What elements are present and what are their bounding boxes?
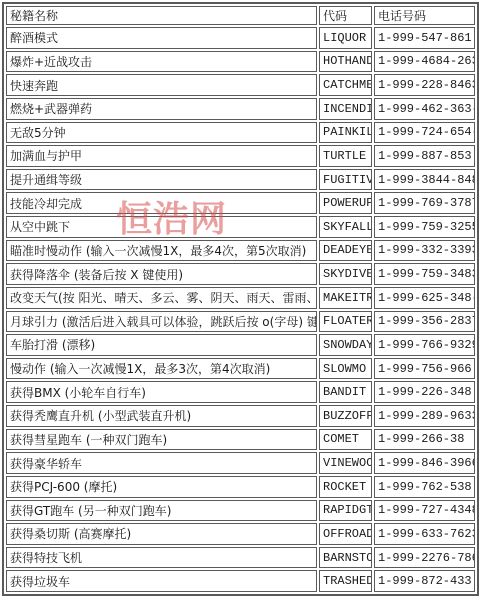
phone-cell: 1-999-547-861 (374, 27, 475, 49)
table-row: 提升通缉等级FUGITIVE1-999-3844-8483 (6, 169, 475, 191)
cheat-name-cell: 加满血与护甲 (6, 145, 317, 167)
cheat-name-cell: 车胎打滑 (漂移) (6, 334, 317, 356)
cheat-name-cell: 快速奔跑 (6, 74, 317, 96)
page: { "watermark": { "text": "恒浩网", "color":… (0, 0, 500, 604)
phone-cell: 1-999-2276-78676 (374, 547, 475, 569)
code-cell: SKYDIVE (319, 263, 372, 285)
table-row: 慢动作 (输入一次减慢1X，最多3次，第4次取消)SLOWMO1-999-756… (6, 358, 475, 380)
code-cell: FUGITIVE (319, 169, 372, 191)
code-cell: COMET (319, 429, 372, 451)
table-row: 改变天气(按 阳光、晴天、多云、雾、阴天、雨天、雷雨、下雪)MAKEITRAIN… (6, 287, 475, 309)
cheat-name-cell: 获得BMX (小轮车自行车) (6, 381, 317, 403)
phone-cell: 1-999-462-363-4279 (374, 98, 475, 120)
header-code: 代码 (319, 6, 372, 25)
code-cell: BUZZOFF (319, 405, 372, 427)
table-row: 无敌5分钟PAINKILLER1-999-724-654-5537 (6, 122, 475, 144)
phone-cell: 1-999-846-39663 (374, 452, 475, 474)
phone-cell: 1-999-226-348 (374, 381, 475, 403)
code-cell: FLOATER (319, 311, 372, 333)
phone-cell: 1-999-727-4348 (374, 500, 475, 522)
table-row: 获得降落伞 (装备后按 X 键使用)SKYDIVE1-999-759-3483 (6, 263, 475, 285)
header-row: 秘籍名称 代码 电话号码 (6, 6, 475, 25)
cheat-name-cell: 慢动作 (输入一次减慢1X，最多3次，第4次取消) (6, 358, 317, 380)
phone-cell: 1-999-228-8463 (374, 74, 475, 96)
table-row: 车胎打滑 (漂移)SNOWDAY1-999-766-9329 (6, 334, 475, 356)
cheat-name-cell: 爆炸+近战攻击 (6, 51, 317, 73)
cheat-name-cell: 无敌5分钟 (6, 122, 317, 144)
code-cell: SKYFALL (319, 216, 372, 238)
code-cell: SNOWDAY (319, 334, 372, 356)
table-row: 快速奔跑CATCHME1-999-228-8463 (6, 74, 475, 96)
code-cell: BARNSTORM (319, 547, 372, 569)
table-row: 技能冷却完成POWERUP1-999-769-3787 (6, 192, 475, 214)
cheat-name-cell: 获得垃圾车 (6, 570, 317, 592)
table-row: 获得豪华轿车VINEWOOD1-999-846-39663 (6, 452, 475, 474)
code-cell: PAINKILLER (319, 122, 372, 144)
table-row: 获得BMX (小轮车自行车)BANDIT1-999-226-348 (6, 381, 475, 403)
cheat-name-cell: 获得桑切斯 (高赛摩托) (6, 523, 317, 545)
phone-cell: 1-999-759-3255 (374, 216, 475, 238)
phone-cell: 1-999-625-348-7246 (374, 287, 475, 309)
cheat-name-cell: 获得降落伞 (装备后按 X 键使用) (6, 263, 317, 285)
code-cell: SLOWMO (319, 358, 372, 380)
code-cell: DEADEYE (319, 240, 372, 262)
table-row: 从空中跳下SKYFALL1-999-759-3255 (6, 216, 475, 238)
cheat-name-cell: 燃烧+武器弹药 (6, 98, 317, 120)
table-row: 获得PCJ-600 (摩托)ROCKET1-999-762-538 (6, 476, 475, 498)
phone-cell: 1-999-633-7623 (374, 523, 475, 545)
code-cell: OFFROAD (319, 523, 372, 545)
code-cell: HOTHANDS (319, 51, 372, 73)
code-cell: RAPIDGT (319, 500, 372, 522)
header-phone: 电话号码 (374, 6, 475, 25)
table-row: 加满血与护甲TURTLE1-999-887-853 (6, 145, 475, 167)
table-row: 获得桑切斯 (高赛摩托)OFFROAD1-999-633-7623 (6, 523, 475, 545)
table-row: 醉酒模式LIQUOR1-999-547-861 (6, 27, 475, 49)
table-row: 获得彗星跑车 (一种双门跑车)COMET1-999-266-38 (6, 429, 475, 451)
table-row: 燃烧+武器弹药INCENDIARY1-999-462-363-4279 (6, 98, 475, 120)
phone-cell: 1-999-724-654-5537 (374, 122, 475, 144)
table-row: 瞄准时慢动作 (输入一次减慢1X，最多4次，第5次取消)DEADEYE1-999… (6, 240, 475, 262)
phone-cell: 1-999-266-38 (374, 429, 475, 451)
table-row: 月球引力 (激活后进入载具可以体验，跳跃后按 o(字母) 键漂浮)FLOATER… (6, 311, 475, 333)
phone-cell: 1-999-759-3483 (374, 263, 475, 285)
header-cheat-name: 秘籍名称 (6, 6, 317, 25)
cheat-name-cell: 从空中跳下 (6, 216, 317, 238)
cheat-code-table: 秘籍名称 代码 电话号码 醉酒模式LIQUOR1-999-547-861爆炸+近… (2, 2, 479, 596)
phone-cell: 1-999-887-853 (374, 145, 475, 167)
phone-cell: 1-999-766-9329 (374, 334, 475, 356)
code-cell: TURTLE (319, 145, 372, 167)
phone-cell: 1-999-872-433 (374, 570, 475, 592)
phone-cell: 1-999-4684-2637 (374, 51, 475, 73)
phone-cell: 1-999-289-9633 (374, 405, 475, 427)
cheat-name-cell: 改变天气(按 阳光、晴天、多云、雾、阴天、雨天、雷雨、下雪) (6, 287, 317, 309)
code-cell: ROCKET (319, 476, 372, 498)
code-cell: POWERUP (319, 192, 372, 214)
code-cell: CATCHME (319, 74, 372, 96)
cheat-name-cell: 获得豪华轿车 (6, 452, 317, 474)
cheat-name-cell: 技能冷却完成 (6, 192, 317, 214)
cheat-name-cell: 获得特技飞机 (6, 547, 317, 569)
phone-cell: 1-999-3844-8483 (374, 169, 475, 191)
code-cell: INCENDIARY (319, 98, 372, 120)
code-cell: LIQUOR (319, 27, 372, 49)
cheat-name-cell: 获得PCJ-600 (摩托) (6, 476, 317, 498)
phone-cell: 1-999-332-3393 (374, 240, 475, 262)
cheat-name-cell: 获得GT跑车 (另一种双门跑车) (6, 500, 317, 522)
table-row: 获得特技飞机BARNSTORM1-999-2276-78676 (6, 547, 475, 569)
table-row: 获得垃圾车TRASHED1-999-872-433 (6, 570, 475, 592)
cheat-name-cell: 获得彗星跑车 (一种双门跑车) (6, 429, 317, 451)
table-row: 获得秃鹰直升机 (小型武装直升机)BUZZOFF1-999-289-9633 (6, 405, 475, 427)
cheat-name-cell: 醉酒模式 (6, 27, 317, 49)
code-cell: VINEWOOD (319, 452, 372, 474)
phone-cell: 1-999-356-2837 (374, 311, 475, 333)
code-cell: BANDIT (319, 381, 372, 403)
phone-cell: 1-999-762-538 (374, 476, 475, 498)
cheat-name-cell: 获得秃鹰直升机 (小型武装直升机) (6, 405, 317, 427)
cheat-table-body: 醉酒模式LIQUOR1-999-547-861爆炸+近战攻击HOTHANDS1-… (6, 27, 475, 592)
phone-cell: 1-999-756-966 (374, 358, 475, 380)
code-cell: TRASHED (319, 570, 372, 592)
cheat-name-cell: 月球引力 (激活后进入载具可以体验，跳跃后按 o(字母) 键漂浮) (6, 311, 317, 333)
table-row: 爆炸+近战攻击HOTHANDS1-999-4684-2637 (6, 51, 475, 73)
cheat-name-cell: 瞄准时慢动作 (输入一次减慢1X，最多4次，第5次取消) (6, 240, 317, 262)
cheat-name-cell: 提升通缉等级 (6, 169, 317, 191)
phone-cell: 1-999-769-3787 (374, 192, 475, 214)
code-cell: MAKEITRAIN (319, 287, 372, 309)
table-row: 获得GT跑车 (另一种双门跑车)RAPIDGT1-999-727-4348 (6, 500, 475, 522)
